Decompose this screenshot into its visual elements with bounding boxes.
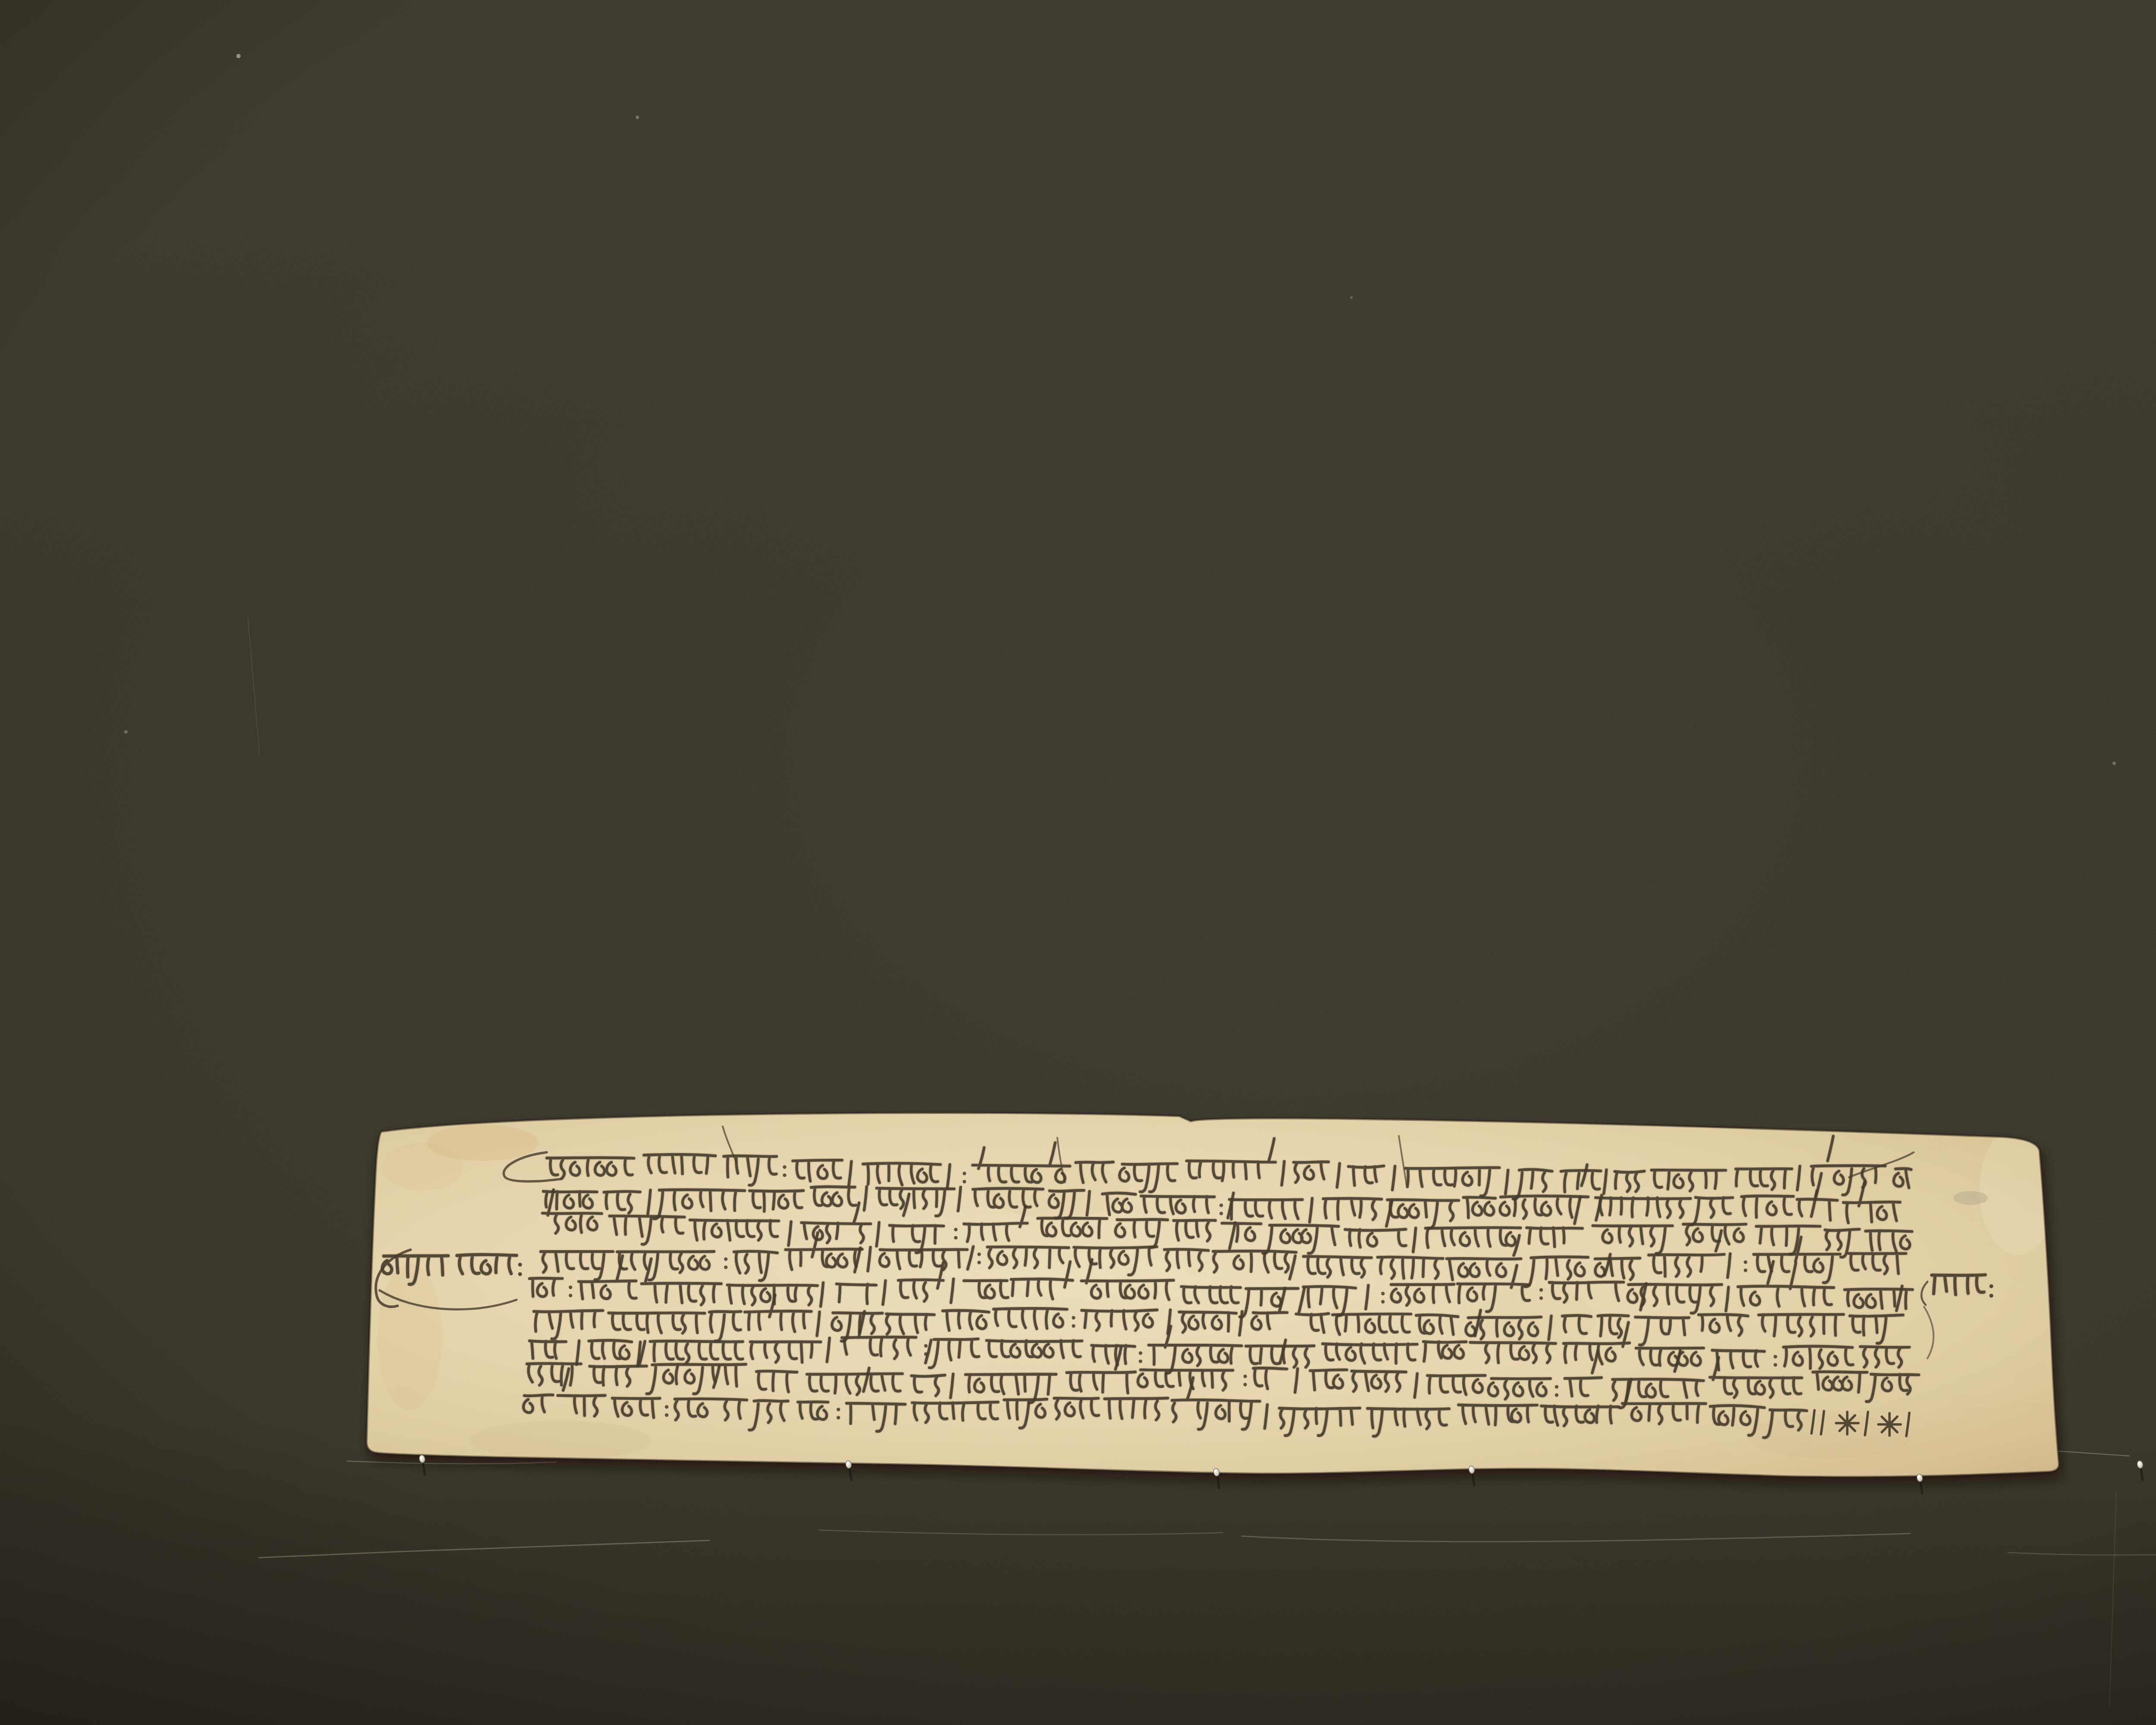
manuscript-page [345, 1095, 2091, 1505]
manuscript-photo [0, 0, 2156, 1725]
photo-canvas: Photograph of a single handwritten manus… [0, 0, 2156, 1725]
